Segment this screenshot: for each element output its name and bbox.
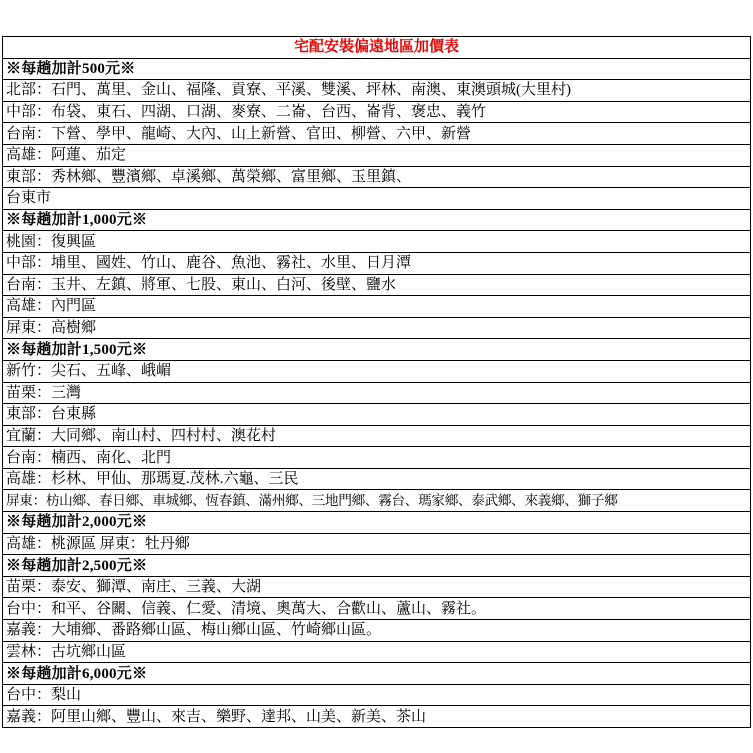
region-cell: 台中：梨山 [3, 684, 751, 706]
region-cell: 台中：和平、谷關、信義、仁愛、清境、奧萬大、合歡山、蘆山、霧社。 [3, 598, 751, 620]
region-cell: 中部：埔里、國姓、竹山、鹿谷、魚池、霧社、水里、日月潭 [3, 252, 751, 274]
region-row: 高雄：桃源區 屏東：牡丹鄉 [3, 533, 751, 555]
surcharge-table: 宅配安裝偏遠地區加價表 ※每趟加計500元※北部：石門、萬里、金山、福隆、貢寮、… [2, 36, 751, 728]
region-row: 東部：台東縣 [3, 404, 751, 426]
table-title: 宅配安裝偏遠地區加價表 [3, 37, 751, 59]
title-row: 宅配安裝偏遠地區加價表 [3, 37, 751, 59]
region-row: 屏東：枋山鄉、春日鄉、車城鄉、恆春鎮、滿州鄉、三地門鄉、霧台、瑪家鄉、泰武鄉、來… [3, 490, 751, 512]
surcharge-header-label: ※每趟加計2,500元※ [3, 555, 751, 577]
region-cell: 東部：秀林鄉、豐濱鄉、卓溪鄉、萬榮鄉、富里鄉、玉里鎮、 [3, 166, 751, 188]
region-cell: 東部：台東縣 [3, 404, 751, 426]
surcharge-header-row: ※每趟加計2,500元※ [3, 555, 751, 577]
region-cell: 新竹：尖石、五峰、峨嵋 [3, 360, 751, 382]
region-row: 桃園：復興區 [3, 231, 751, 253]
region-row: 雲林：古坑鄉山區 [3, 641, 751, 663]
surcharge-header-row: ※每趟加計2,000元※ [3, 512, 751, 534]
region-cell: 苗栗：三灣 [3, 382, 751, 404]
region-row: 中部：布袋、東石、四湖、口湖、麥寮、二崙、台西、崙背、褒忠、義竹 [3, 101, 751, 123]
region-row: 苗栗：三灣 [3, 382, 751, 404]
surcharge-sheet: 宅配安裝偏遠地區加價表 ※每趟加計500元※北部：石門、萬里、金山、福隆、貢寮、… [2, 36, 751, 728]
surcharge-header-label: ※每趟加計6,000元※ [3, 663, 751, 685]
region-cell: 高雄：杉林、甲仙、那瑪夏.茂林.六龜、三民 [3, 468, 751, 490]
region-row: 台南：楠西、南化、北門 [3, 447, 751, 469]
region-cell: 北部：石門、萬里、金山、福隆、貢寮、平溪、雙溪、坪林、南澳、東澳頭城(大里村) [3, 80, 751, 102]
surcharge-header-row: ※每趟加計1,000元※ [3, 209, 751, 231]
region-cell: 屏東：高樹鄉 [3, 317, 751, 339]
region-cell: 屏東：枋山鄉、春日鄉、車城鄉、恆春鎮、滿州鄉、三地門鄉、霧台、瑪家鄉、泰武鄉、來… [3, 490, 751, 512]
region-row: 屏東：高樹鄉 [3, 317, 751, 339]
region-row: 宜蘭：大同鄉、南山村、四村村、澳花村 [3, 425, 751, 447]
region-row: 中部：埔里、國姓、竹山、鹿谷、魚池、霧社、水里、日月潭 [3, 252, 751, 274]
region-cell: 雲林：古坑鄉山區 [3, 641, 751, 663]
region-cell: 台南：玉井、左鎮、將軍、七股、東山、白河、後壁、鹽水 [3, 274, 751, 296]
surcharge-header-row: ※每趟加計500元※ [3, 58, 751, 80]
region-row: 高雄：內門區 [3, 296, 751, 318]
surcharge-header-row: ※每趟加計1,500元※ [3, 339, 751, 361]
region-row: 台南：下營、學甲、龍崎、大內、山上新營、官田、柳營、六甲、新營 [3, 123, 751, 145]
region-row: 北部：石門、萬里、金山、福隆、貢寮、平溪、雙溪、坪林、南澳、東澳頭城(大里村) [3, 80, 751, 102]
region-row: 台東市 [3, 188, 751, 210]
region-cell: 台南：楠西、南化、北門 [3, 447, 751, 469]
surcharge-header-row: ※每趟加計6,000元※ [3, 663, 751, 685]
region-row: 台中：和平、谷關、信義、仁愛、清境、奧萬大、合歡山、蘆山、霧社。 [3, 598, 751, 620]
region-row: 台中：梨山 [3, 684, 751, 706]
region-cell: 宜蘭：大同鄉、南山村、四村村、澳花村 [3, 425, 751, 447]
region-row: 台南：玉井、左鎮、將軍、七股、東山、白河、後壁、鹽水 [3, 274, 751, 296]
region-row: 嘉義：阿里山鄉、豐山、來吉、樂野、達邦、山美、新美、茶山 [3, 706, 751, 728]
region-row: 高雄：杉林、甲仙、那瑪夏.茂林.六龜、三民 [3, 468, 751, 490]
surcharge-header-label: ※每趟加計500元※ [3, 58, 751, 80]
region-row: 高雄：阿蓮、茄定 [3, 144, 751, 166]
region-cell: 中部：布袋、東石、四湖、口湖、麥寮、二崙、台西、崙背、褒忠、義竹 [3, 101, 751, 123]
region-cell: 高雄：阿蓮、茄定 [3, 144, 751, 166]
region-cell: 高雄：內門區 [3, 296, 751, 318]
surcharge-table-body: 宅配安裝偏遠地區加價表 ※每趟加計500元※北部：石門、萬里、金山、福隆、貢寮、… [3, 37, 751, 728]
surcharge-header-label: ※每趟加計1,000元※ [3, 209, 751, 231]
region-cell: 台東市 [3, 188, 751, 210]
region-row: 新竹：尖石、五峰、峨嵋 [3, 360, 751, 382]
region-cell: 苗栗：泰安、獅潭、南庄、三義、大湖 [3, 576, 751, 598]
region-cell: 台南：下營、學甲、龍崎、大內、山上新營、官田、柳營、六甲、新營 [3, 123, 751, 145]
region-row: 東部：秀林鄉、豐濱鄉、卓溪鄉、萬榮鄉、富里鄉、玉里鎮、 [3, 166, 751, 188]
region-cell: 嘉義：阿里山鄉、豐山、來吉、樂野、達邦、山美、新美、茶山 [3, 706, 751, 728]
region-row: 嘉義：大埔鄉、番路鄉山區、梅山鄉山區、竹崎鄉山區。 [3, 620, 751, 642]
region-row: 苗栗：泰安、獅潭、南庄、三義、大湖 [3, 576, 751, 598]
surcharge-header-label: ※每趟加計2,000元※ [3, 512, 751, 534]
region-cell: 高雄：桃源區 屏東：牡丹鄉 [3, 533, 751, 555]
region-cell: 桃園：復興區 [3, 231, 751, 253]
surcharge-header-label: ※每趟加計1,500元※ [3, 339, 751, 361]
region-cell: 嘉義：大埔鄉、番路鄉山區、梅山鄉山區、竹崎鄉山區。 [3, 620, 751, 642]
